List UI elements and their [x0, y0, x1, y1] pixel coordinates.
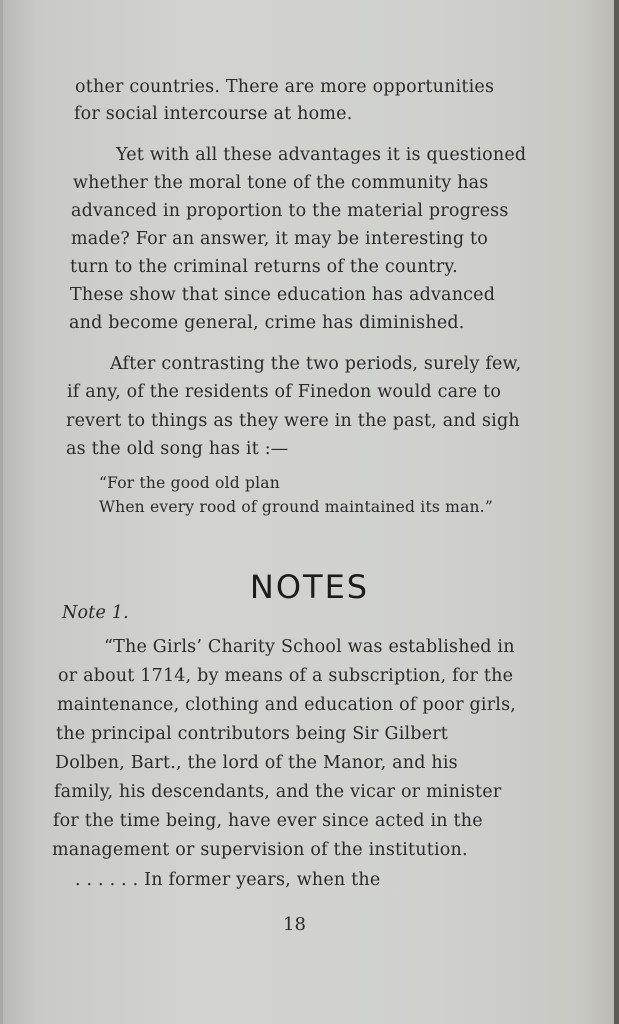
text-line: other countries. There are more opportun… [75, 77, 552, 97]
text-line: maintenance, clothing and education of p… [57, 695, 516, 715]
text-line: and become general, crime has diminished… [69, 313, 465, 333]
text-line: management or supervision of the institu… [52, 840, 468, 860]
note-label: Note 1. [62, 603, 129, 623]
text-line: These show that since education has adva… [70, 285, 495, 305]
quote-line: “For the good old plan [99, 474, 280, 492]
page-edge-right [614, 0, 619, 1024]
text-line: or about 1714, by means of a subscriptio… [58, 666, 513, 686]
text-line: “The Girls’ Charity School was establish… [104, 637, 515, 657]
page-number: 18 [283, 914, 306, 935]
text-line: for the time being, have ever since acte… [53, 811, 483, 831]
text-line: After contrasting the two periods, surel… [110, 354, 521, 374]
book-page: other countries. There are more opportun… [0, 0, 619, 1024]
text-line: as the old song has it :— [66, 439, 289, 459]
text-line: for social intercourse at home. [74, 104, 353, 124]
text-line: revert to things as they were in the pas… [66, 411, 520, 431]
quote-line: When every rood of ground maintained its… [99, 498, 493, 516]
text-line: made? For an answer, it may be interesti… [71, 229, 488, 249]
text-line: Dolben, Bart., the lord of the Manor, an… [55, 753, 458, 773]
page-edge-left [0, 0, 3, 1024]
text-line: . . . . . . In former years, when the [75, 870, 380, 890]
notes-heading: NOTES [0, 568, 619, 606]
text-line: family, his descendants, and the vicar o… [54, 782, 501, 802]
text-line: turn to the criminal returns of the coun… [70, 257, 458, 277]
text-line: if any, of the residents of Finedon woul… [67, 382, 501, 402]
text-line: advanced in proportion to the material p… [71, 201, 509, 221]
text-line: whether the moral tone of the community … [73, 173, 489, 193]
text-line: the principal contributors being Sir Gil… [56, 724, 448, 744]
text-line: Yet with all these advantages it is ques… [116, 145, 526, 165]
